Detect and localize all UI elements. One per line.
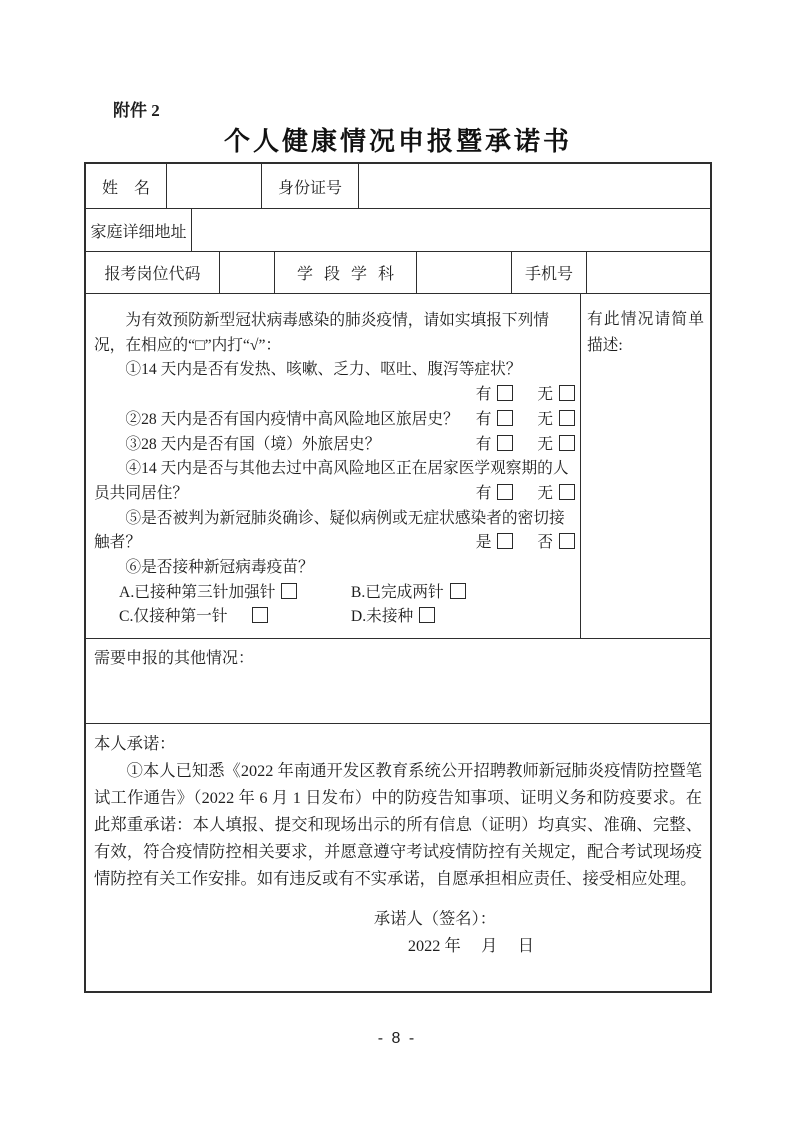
commitment-title: 本人承诺： [94,730,702,757]
question-3: ③28 天内是否有国（境）外旅居史？ [94,433,380,458]
question-2-line: ②28 天内是否有国内疫情中高风险地区旅居史？ 有 无 [94,408,578,433]
q3-no-label: 无 [537,436,553,453]
other-situations-label: 需要申报的其他情况： [94,650,254,667]
question-4-continuation: 员共同居住？ [94,482,188,507]
question-4-answers: 有 无 [476,482,578,507]
q4-no-label: 无 [537,485,553,502]
vaccine-options-cd: C.仅接种第一针 D.未接种 [94,605,578,630]
vaccine-option-c: C.仅接种第一针 [119,605,347,630]
commitment-body: ①本人已知悉《2022 年南通开发区教育系统公开招聘教师新冠肺炎疫情防控暨笔试工… [94,757,702,892]
question-5-line2: 触者？ 是 否 [94,531,578,556]
question-5-continuation: 触者？ [94,531,141,556]
vaccine-b-checkbox[interactable] [450,583,466,599]
signature-line[interactable]: 承诺人（签名）： [94,905,702,932]
question-4-line2: 员共同居住？ 有 无 [94,482,578,507]
q5-fou-checkbox[interactable] [559,533,575,549]
row-address: 家庭详细地址 [86,209,710,252]
q5-shi-label: 是 [476,534,492,551]
q2-no-checkbox[interactable] [559,410,575,426]
position-code-label: 报考岗位代码 [86,252,220,293]
page-title: 个人健康情况申报暨承诺书 [84,121,712,158]
question-6: ⑥是否接种新冠病毒疫苗？ [94,556,578,581]
row-health-questions: 为有效预防新型冠状病毒感染的肺炎疫情，请如实填报下列情况，在相应的“□”内打“√… [86,294,710,639]
q1-yes-checkbox[interactable] [497,385,513,401]
question-2: ②28 天内是否有国内疫情中高风险地区旅居史？ [94,408,459,433]
stage-subject-label: 学段学科 [275,252,417,293]
intro-text: 为有效预防新型冠状病毒感染的肺炎疫情，请如实填报下列情况，在相应的“□”内打“√… [94,309,578,358]
row-other-situations: 需要申报的其他情况： [86,639,710,724]
question-5-answers: 是 否 [476,531,578,556]
vaccine-option-d: D.未接种 [351,608,435,625]
position-code-input-cell[interactable] [220,252,275,293]
q1-no-label: 无 [537,386,553,403]
phone-label: 手机号 [512,252,587,293]
row-name-id: 姓 名 身份证号 [86,164,710,209]
q2-yes-label: 有 [476,411,492,428]
vaccine-options-ab: A.已接种第三针加强针 B.已完成两针 [94,581,578,606]
name-label: 姓 名 [86,164,167,208]
commitment-cell: 本人承诺： ①本人已知悉《2022 年南通开发区教育系统公开招聘教师新冠肺炎疫情… [86,724,710,991]
q3-no-checkbox[interactable] [559,435,575,451]
question-3-answers: 有 无 [476,433,578,458]
question-4-line1: ④14 天内是否与其他去过中高风险地区正在居家医学观察期的人 [94,457,578,482]
q2-yes-checkbox[interactable] [497,410,513,426]
q5-fou-label: 否 [537,534,553,551]
brief-description-cell[interactable]: 有此情况请简单描述: [581,294,710,638]
q2-no-label: 无 [537,411,553,428]
question-2-answers: 有 无 [476,408,578,433]
q4-yes-checkbox[interactable] [497,484,513,500]
health-form-table: 姓 名 身份证号 家庭详细地址 报考岗位代码 学段学科 手机号 为有效预防新型冠… [84,162,712,993]
id-number-label: 身份证号 [262,164,359,208]
question-3-line: ③28 天内是否有国（境）外旅居史？ 有 无 [94,433,578,458]
q3-yes-checkbox[interactable] [497,435,513,451]
attachment-label: 附件 2 [113,96,160,121]
row-position-phone: 报考岗位代码 学段学科 手机号 [86,252,710,294]
question-1: ①14 天内是否有发热、咳嗽、乏力、呕吐、腹泻等症状？ [94,358,578,383]
question-1-answers: 有 无 [94,383,578,408]
page-number: - 8 - [0,1030,794,1048]
vaccine-c-checkbox[interactable] [252,607,268,623]
vaccine-a-checkbox[interactable] [281,583,297,599]
phone-input-cell[interactable] [587,252,710,293]
brief-description-label: 有此情况请简单描述: [587,311,704,354]
q1-no-checkbox[interactable] [559,385,575,401]
question-5-line1: ⑤是否被判为新冠肺炎确诊、疑似病例或无症状感染者的密切接 [94,507,578,532]
date-line[interactable]: 2022 年 月 日 [94,932,702,959]
other-situations-cell[interactable]: 需要申报的其他情况： [86,639,710,723]
q4-no-checkbox[interactable] [559,484,575,500]
address-input-cell[interactable] [192,209,710,251]
id-number-input-cell[interactable] [359,164,710,208]
health-questions-cell: 为有效预防新型冠状病毒感染的肺炎疫情，请如实填报下列情况，在相应的“□”内打“√… [86,294,581,638]
q1-yes-label: 有 [476,386,492,403]
q4-yes-label: 有 [476,485,492,502]
document-page: 附件 2 个人健康情况申报暨承诺书 姓 名 身份证号 家庭详细地址 报考岗位代码… [0,0,794,1123]
address-label: 家庭详细地址 [86,209,192,251]
stage-subject-input-cell[interactable] [417,252,512,293]
q5-shi-checkbox[interactable] [497,533,513,549]
vaccine-option-b: B.已完成两针 [351,584,466,601]
vaccine-option-a: A.已接种第三针加强针 [119,581,347,606]
row-commitment: 本人承诺： ①本人已知悉《2022 年南通开发区教育系统公开招聘教师新冠肺炎疫情… [86,724,710,991]
name-input-cell[interactable] [167,164,262,208]
vaccine-d-checkbox[interactable] [419,607,435,623]
q3-yes-label: 有 [476,436,492,453]
